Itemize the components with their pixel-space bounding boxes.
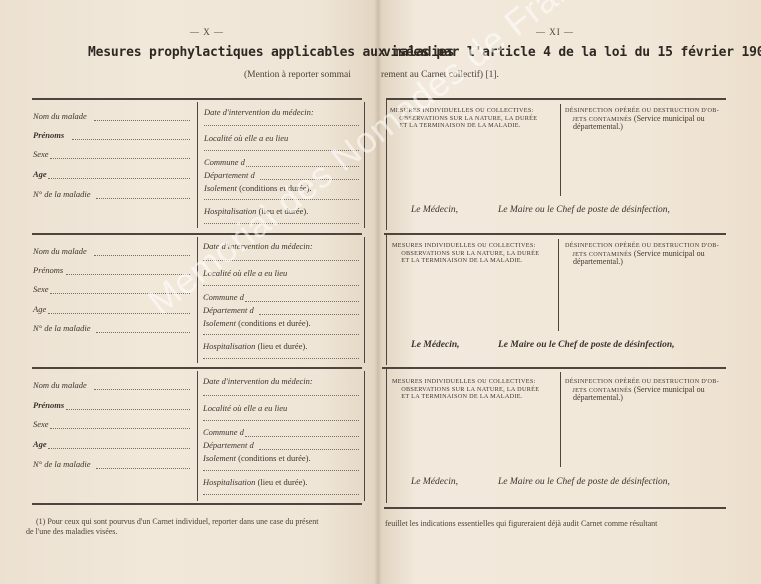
page-number-left: — X — bbox=[190, 27, 224, 37]
isolement-italic: Isolement bbox=[204, 183, 237, 193]
field-prenoms-input[interactable] bbox=[66, 274, 190, 275]
field-prenoms-input[interactable] bbox=[66, 409, 190, 410]
desinfection-line2-rest: (Service municipal ou bbox=[632, 249, 705, 258]
field-date-input[interactable] bbox=[204, 125, 359, 126]
field-nom-label: Nom du malade bbox=[33, 246, 87, 256]
field-localite-input[interactable] bbox=[203, 285, 359, 286]
isolement-rest: (conditions et durée). bbox=[236, 318, 311, 328]
mesures-input-area[interactable] bbox=[390, 170, 555, 171]
field-departement-label: Département d bbox=[203, 440, 254, 450]
bottom-rule-right bbox=[384, 507, 726, 509]
field-numero-label: N° de la maladie bbox=[33, 323, 90, 333]
top-rule-right bbox=[386, 98, 726, 100]
book-gutter bbox=[374, 0, 382, 584]
field-commune-input[interactable] bbox=[245, 436, 359, 437]
field-departement-input[interactable] bbox=[260, 179, 359, 180]
page-number-right: — XI — bbox=[536, 27, 574, 37]
left-page-edge bbox=[364, 237, 365, 363]
isolement-rest: (conditions et durée). bbox=[237, 183, 312, 193]
field-hospitalisation-label: Hospitalisation (lieu et durée). bbox=[203, 477, 307, 487]
signature-maire: Le Maire ou le Chef de poste de désinfec… bbox=[498, 205, 670, 215]
signature-medecin: Le Médecin, bbox=[411, 205, 458, 215]
field-localite-label: Localité où elle a eu lieu bbox=[203, 268, 287, 278]
field-isolement-label: Isolement (conditions et durée). bbox=[203, 318, 311, 328]
field-localite-label: Localité où elle a eu lieu bbox=[204, 133, 288, 143]
footnote-right-line1: feuillet les indications essentielles qu… bbox=[385, 519, 657, 528]
field-age-label: Age bbox=[33, 439, 47, 449]
field-date-input[interactable] bbox=[203, 395, 359, 396]
field-numero-input[interactable] bbox=[96, 468, 190, 469]
field-commune-label: Commune d bbox=[203, 427, 244, 437]
top-rule-right bbox=[382, 367, 726, 369]
field-age-input[interactable] bbox=[48, 448, 190, 449]
hospitalisation-rest: (lieu et durée). bbox=[256, 206, 308, 216]
field-nom-input[interactable] bbox=[94, 389, 190, 390]
field-nom-input[interactable] bbox=[94, 255, 190, 256]
field-sexe-label: Sexe bbox=[33, 284, 49, 294]
field-date-label: Date d'intervention du médecin: bbox=[204, 107, 314, 117]
desinfection-line2-rest: (Service municipal ou bbox=[632, 114, 705, 123]
left-page bbox=[0, 0, 378, 584]
field-age-label: Age bbox=[33, 169, 47, 179]
field-numero-input[interactable] bbox=[96, 332, 190, 333]
hospitalisation-rest: (lieu et durée). bbox=[255, 477, 307, 487]
field-departement-label: Département d bbox=[203, 305, 254, 315]
hospitalisation-italic: Hospitalisation bbox=[204, 206, 256, 216]
mesures-header: MESURES INDIVIDUELLES OU COLLECTIVES: OB… bbox=[392, 242, 539, 265]
field-hospitalisation-label: Hospitalisation (lieu et durée). bbox=[204, 206, 308, 216]
top-rule-left bbox=[32, 233, 362, 235]
hospitalisation-italic: Hospitalisation bbox=[203, 341, 255, 351]
measures-divider bbox=[560, 372, 561, 467]
mesures-header: MESURES INDIVIDUELLES OU COLLECTIVES: OB… bbox=[390, 107, 537, 130]
field-prenoms-input[interactable] bbox=[72, 139, 190, 140]
field-age-input[interactable] bbox=[48, 313, 190, 314]
field-localite-input[interactable] bbox=[203, 420, 359, 421]
field-localite-label: Localité où elle a eu lieu bbox=[203, 403, 287, 413]
inner-divider-left bbox=[197, 371, 198, 501]
title-right: visées par l'article 4 de la loi du 15 f… bbox=[383, 45, 761, 60]
footnote-left-line1: (1) Pour ceux qui sont pourvus d'un Carn… bbox=[36, 517, 318, 526]
field-numero-label: N° de la maladie bbox=[33, 189, 90, 199]
field-isolement-label: Isolement (conditions et durée). bbox=[203, 453, 311, 463]
signature-maire: Le Maire ou le Chef de poste de désinfec… bbox=[498, 340, 675, 350]
left-page-edge bbox=[364, 371, 365, 501]
signature-medecin: Le Médecin, bbox=[411, 477, 458, 487]
footnote-left-line2: de l'une des maladies visées. bbox=[26, 527, 117, 536]
desinfection-header: DÉSINFECTION OPÉRÉE OU DESTRUCTION D'OB-… bbox=[565, 378, 719, 403]
field-date-label: Date d'intervention du médecin: bbox=[203, 241, 313, 251]
signature-medecin: Le Médecin, bbox=[411, 340, 460, 350]
field-prenoms-label: Prénoms bbox=[33, 130, 64, 140]
field-sexe-input[interactable] bbox=[50, 158, 190, 159]
top-rule-right bbox=[384, 233, 726, 235]
field-commune-label: Commune d bbox=[204, 157, 245, 167]
field-nom-label: Nom du malade bbox=[33, 380, 87, 390]
top-rule-left bbox=[32, 98, 362, 100]
field-sexe-label: Sexe bbox=[33, 149, 49, 159]
field-isolement-input[interactable] bbox=[204, 199, 359, 200]
subtitle-right: rement au Carnet collectif) [1]. bbox=[381, 70, 499, 80]
field-date-input[interactable] bbox=[203, 260, 359, 261]
field-commune-label: Commune d bbox=[203, 292, 244, 302]
measures-divider bbox=[560, 104, 561, 196]
left-page-edge bbox=[364, 102, 365, 228]
desinfection-line3: départemental.) bbox=[565, 257, 623, 266]
inner-divider-left bbox=[197, 237, 198, 363]
desinfection-line2-rest: (Service municipal ou bbox=[632, 385, 705, 394]
mesures-header: MESURES INDIVIDUELLES OU COLLECTIVES: OB… bbox=[392, 378, 539, 401]
hospitalisation-italic: Hospitalisation bbox=[203, 477, 255, 487]
field-hospitalisation-label: Hospitalisation (lieu et durée). bbox=[203, 341, 307, 351]
field-numero-label: N° de la maladie bbox=[33, 459, 90, 469]
field-commune-input[interactable] bbox=[246, 166, 359, 167]
field-nom-input[interactable] bbox=[94, 120, 190, 121]
field-hospitalisation-input[interactable] bbox=[204, 223, 359, 224]
field-localite-input[interactable] bbox=[204, 150, 359, 151]
field-prenoms-label: Prénoms bbox=[33, 265, 63, 275]
field-departement-input[interactable] bbox=[259, 449, 359, 450]
field-numero-input[interactable] bbox=[96, 198, 190, 199]
subtitle-left: (Mention à reporter sommai bbox=[244, 70, 351, 80]
field-isolement-input[interactable] bbox=[203, 334, 359, 335]
field-isolement-label: Isolement (conditions et durée). bbox=[204, 183, 312, 193]
field-hospitalisation-input[interactable] bbox=[203, 494, 359, 495]
measures-divider bbox=[558, 239, 559, 331]
hospitalisation-rest: (lieu et durée). bbox=[255, 341, 307, 351]
top-rule-left bbox=[32, 367, 362, 369]
field-hospitalisation-input[interactable] bbox=[203, 358, 359, 359]
field-sexe-label: Sexe bbox=[33, 419, 49, 429]
isolement-italic: Isolement bbox=[203, 453, 236, 463]
signature-maire: Le Maire ou le Chef de poste de désinfec… bbox=[498, 477, 670, 487]
desinfection-header: DÉSINFECTION OPÉRÉE OU DESTRUCTION D'OB-… bbox=[565, 107, 719, 132]
isolement-italic: Isolement bbox=[203, 318, 236, 328]
field-isolement-input[interactable] bbox=[203, 470, 359, 471]
mesures-input-area[interactable] bbox=[392, 305, 552, 306]
right-block-edge bbox=[386, 369, 387, 503]
right-block-edge bbox=[386, 235, 387, 365]
mesures-input-area[interactable] bbox=[392, 440, 552, 441]
field-commune-input[interactable] bbox=[245, 301, 359, 302]
right-block-edge bbox=[386, 100, 387, 230]
field-age-label: Age bbox=[33, 304, 46, 314]
field-prenoms-label: Prénoms bbox=[33, 400, 64, 410]
desinfection-header: DÉSINFECTION OPÉRÉE OU DESTRUCTION D'OB-… bbox=[565, 242, 719, 267]
field-age-input[interactable] bbox=[48, 178, 190, 179]
desinfection-line3: départemental.) bbox=[565, 393, 623, 402]
bottom-rule-left bbox=[32, 503, 362, 505]
inner-divider-left bbox=[197, 102, 198, 228]
desinfection-line3: départemental.) bbox=[565, 122, 623, 131]
right-page bbox=[378, 0, 761, 584]
field-nom-label: Nom du malade bbox=[33, 111, 87, 121]
field-sexe-input[interactable] bbox=[50, 428, 190, 429]
isolement-rest: (conditions et durée). bbox=[236, 453, 311, 463]
field-departement-label: Département d bbox=[204, 170, 255, 180]
field-departement-input[interactable] bbox=[259, 314, 359, 315]
field-date-label: Date d'intervention du médecin: bbox=[203, 376, 313, 386]
field-sexe-input[interactable] bbox=[50, 293, 190, 294]
